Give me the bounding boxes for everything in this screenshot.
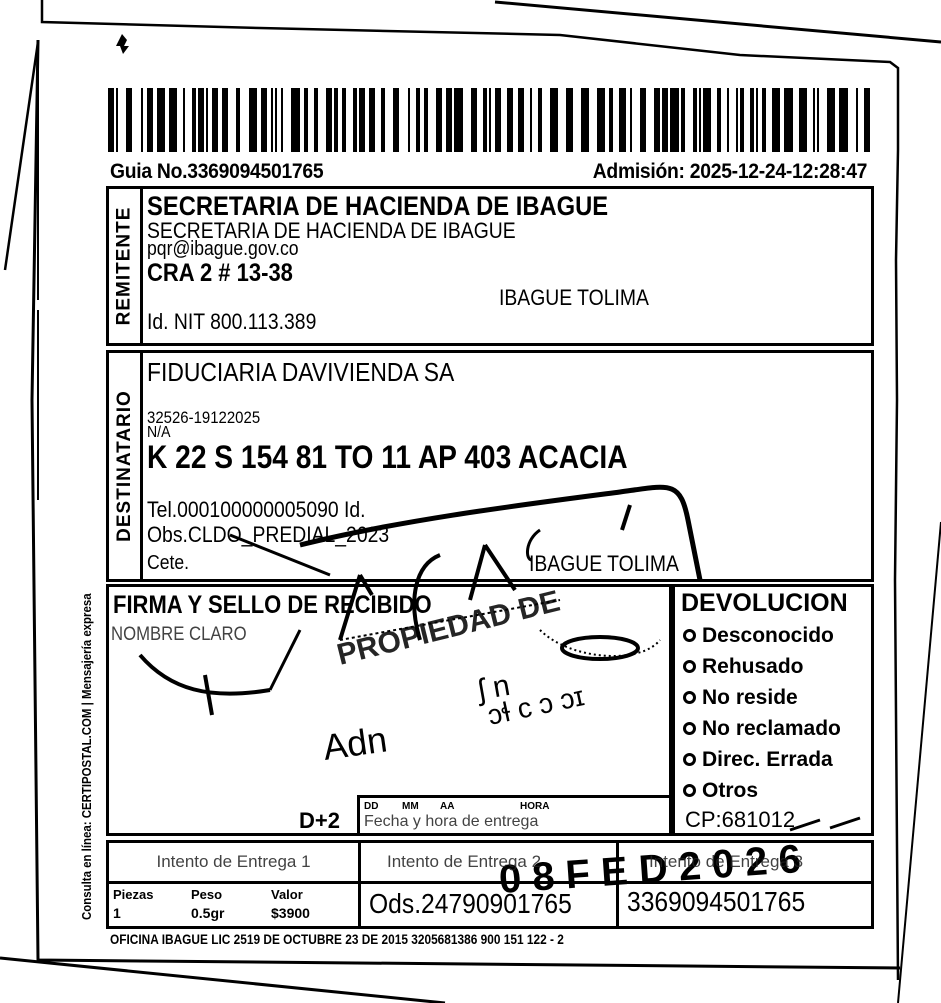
firma-title: FIRMA Y SELLO DE RECIBIDO (113, 593, 432, 618)
radio-icon (683, 784, 696, 797)
remitente-label: REMITENTE (114, 207, 136, 326)
date-header-dd: DD (364, 802, 378, 812)
devolucion-options: Desconocido Rehusado No reside No reclam… (683, 620, 841, 806)
radio-icon (683, 691, 696, 704)
ods-number: Ods.24790901765 (369, 890, 572, 918)
barcode (108, 88, 873, 152)
intento-3-cell: Intento de Entrega 3 (619, 843, 871, 881)
valor-value: $3900 (271, 906, 310, 920)
remitente-label-cell: REMITENTE (109, 189, 143, 343)
guia-number-cell: 3369094501765 (619, 884, 871, 926)
service-code: D+2 (299, 810, 340, 832)
option-otros[interactable]: Otros (683, 775, 841, 806)
radio-icon (683, 722, 696, 735)
piezas-header: Piezas (113, 888, 153, 901)
date-header-mm: MM (402, 802, 419, 812)
admision-timestamp: Admisión: 2025-12-24-12:28:47 (593, 160, 867, 186)
destinatario-label-cell: DESTINATARIO (109, 353, 143, 579)
option-desconocido[interactable]: Desconocido (683, 620, 841, 651)
option-direc-errada[interactable]: Direc. Errada (683, 744, 841, 775)
date-caption: Fecha y hora de entrega (364, 814, 538, 830)
side-text: Consulta en línea: CERTIPOSTAL.COM | Men… (80, 593, 93, 920)
intento-2-label: Intento de Entrega 2 (387, 852, 541, 872)
remitente-section: REMITENTE SECRETARIA DE HACIENDA DE IBAG… (106, 186, 874, 346)
remitente-name: SECRETARIA DE HACIENDA DE IBAGUE (147, 193, 608, 220)
ods-cell: Ods.24790901765 (361, 884, 619, 926)
devolucion-section: DEVOLUCION Desconocido Rehusado No resid… (672, 584, 874, 836)
remitente-address: CRA 2 # 13-38 (147, 261, 293, 286)
radio-icon (683, 660, 696, 673)
footer-legal: OFICINA IBAGUE LIC 2519 DE OCTUBRE 23 DE… (110, 933, 564, 947)
radio-icon (683, 629, 696, 642)
option-no-reclamado[interactable]: No reclamado (683, 713, 841, 744)
peso-value: 0.5gr (191, 906, 224, 920)
date-header-hora: HORA (520, 802, 549, 812)
remitente-nit: Id. NIT 800.113.389 (147, 311, 316, 333)
guia-number-box: 3369094501765 (627, 888, 805, 916)
firma-section: FIRMA Y SELLO DE RECIBIDO NOMBRE CLARO D… (106, 584, 672, 836)
intento-1-label: Intento de Entrega 1 (156, 852, 310, 872)
destinatario-obs: Obs.CLDO_PREDIAL_2023 (147, 524, 389, 546)
piezas-value: 1 (113, 906, 121, 920)
option-rehusado[interactable]: Rehusado (683, 651, 841, 682)
destinatario-address: K 22 S 154 81 TO 11 AP 403 ACACIA (147, 441, 628, 473)
intento-3-label: Intento de Entrega 3 (649, 852, 803, 872)
intento-1-cell: Intento de Entrega 1 (109, 843, 361, 881)
nombre-claro-label: NOMBRE CLARO (111, 625, 247, 644)
remitente-city: IBAGUE TOLIMA (499, 287, 649, 309)
devolucion-title: DEVOLUCION (681, 591, 848, 616)
option-no-reside[interactable]: No reside (683, 682, 841, 713)
intento-2-cell: Intento de Entrega 2 (361, 843, 619, 881)
destinatario-label: DESTINATARIO (114, 390, 136, 542)
fecha-entrega-box: DD MM AA HORA Fecha y hora de entrega (357, 795, 669, 835)
destinatario-city: IBAGUE TOLIMA (529, 553, 679, 575)
remitente-email: pqr@ibague.gov.co (147, 239, 299, 259)
date-header-aa: AA (440, 802, 454, 812)
envio-details-cell: Piezas Peso Valor 1 0.5gr $3900 (109, 884, 361, 926)
destinatario-section: DESTINATARIO FIDUCIARIA DAVIVIENDA SA 32… (106, 350, 874, 582)
envio-row: Piezas Peso Valor 1 0.5gr $3900 Ods.2479… (106, 881, 874, 929)
radio-icon (683, 753, 696, 766)
guia-number: Guia No.3369094501765 (110, 160, 323, 186)
destinatario-name: FIDUCIARIA DAVIVIENDA SA (147, 359, 454, 385)
valor-header: Valor (271, 888, 303, 901)
intentos-row: Intento de Entrega 1 Intento de Entrega … (106, 840, 874, 884)
peso-header: Peso (191, 888, 222, 901)
postal-code: CP:681012 (685, 809, 795, 831)
side-text-container: Consulta en línea: CERTIPOSTAL.COM | Men… (80, 920, 100, 940)
guia-header: Guia No.3369094501765 Admisión: 2025-12-… (110, 160, 814, 186)
destinatario-tel: Tel.000100000005090 Id. (147, 499, 366, 521)
destinatario-cete: Cete. (147, 553, 189, 573)
